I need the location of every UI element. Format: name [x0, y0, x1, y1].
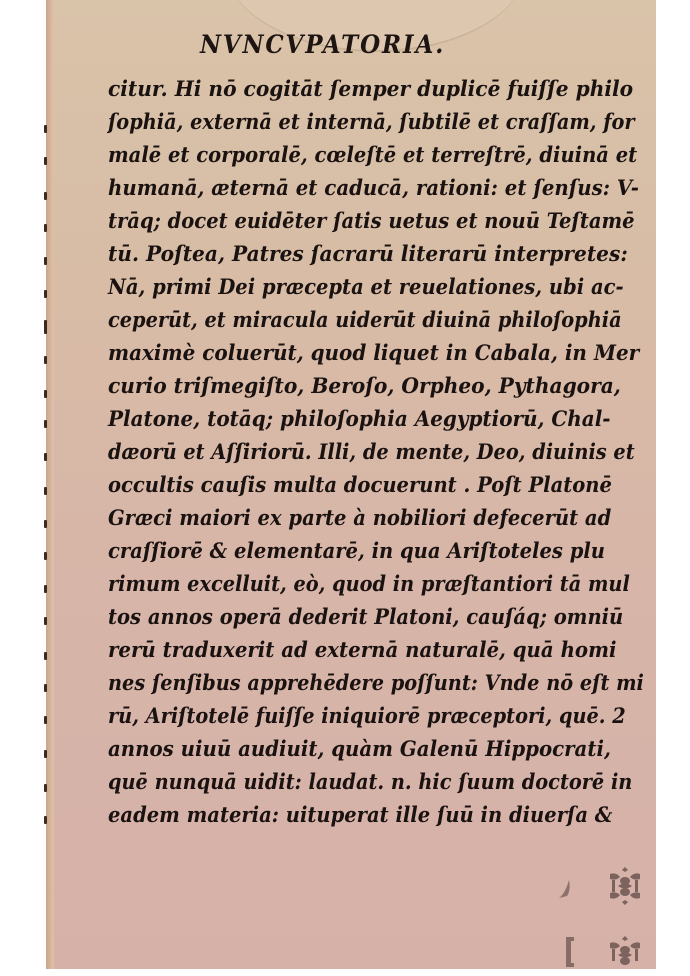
text-line: rimum excelluit, eò, quod in præſtantior… — [108, 567, 605, 600]
book-page: NVNCVPATORIA. citur. Hi nō cogitāt ſempe… — [46, 0, 656, 969]
text-line: occultis cauſis multa docuerunt . Poſt P… — [108, 468, 610, 501]
running-header-title: NVNCVPATORIA. — [200, 30, 445, 59]
partial-ornament-icon — [559, 880, 573, 898]
text-line: quē nunquā uidit: laudat. n. hic ſuum do… — [108, 765, 605, 798]
text-line: curio triſmegiſto, Beroſo, Orpheo, Pytha… — [108, 369, 626, 402]
text-line: humanā, æternā et caducā, rationi: et ſe… — [108, 171, 616, 204]
partial-ornament-icon — [564, 935, 578, 969]
text-line: maximè coluerūt, quod liquet in Cabala, … — [108, 336, 621, 369]
text-line: tos annos operā dederit Platoni, cauſáq;… — [108, 600, 610, 633]
text-line: ceperūt, et miracula uiderūt diuinā phil… — [108, 303, 605, 336]
text-line: Græci maiori ex parte à nobiliori defece… — [108, 501, 610, 534]
body-text: citur. Hi nō cogitāt ſemper duplicē fuiſ… — [108, 72, 648, 831]
text-line: craſſiorē & elementarē, in qua Ariſtotel… — [108, 534, 610, 567]
text-line: Platone, totāq; philoſophia Aegyptiorū, … — [108, 402, 621, 435]
text-line: rū, Ariſtotelē fuiſſe iniquiorē præcepto… — [108, 699, 605, 732]
text-line: annos uiuū audiuit, quàm Galenū Hippocra… — [108, 732, 616, 765]
text-line: dæorū et Aſſiriorū. Illi, de mente, Deo,… — [108, 435, 605, 468]
fleuron-ornament-icon — [606, 935, 644, 969]
text-line: citur. Hi nō cogitāt ſemper duplicē fuiſ… — [108, 72, 626, 105]
text-line: eadem materia: uituperat ille ſuū in diu… — [108, 798, 610, 831]
text-line: nes ſenſibus apprehēdere poſſunt: Vnde n… — [108, 666, 605, 699]
text-line: Nā, primi Dei præcepta et reuelationes, … — [108, 270, 610, 303]
text-line: ſophiā, externā et internā, ſubtilē et c… — [108, 105, 605, 138]
gutter-marks — [0, 0, 46, 969]
text-line: malē et corporalē, cœleſtē et terreſtrē,… — [108, 138, 610, 171]
fleuron-ornament-icon — [606, 866, 644, 906]
text-line: trāq; docet euidēter ſatis uetus et nouū… — [108, 204, 610, 237]
text-line: rerū traduxerit ad externā naturalē, quā… — [108, 633, 616, 666]
text-line: tū. Poſtea, Patres ſacrarū literarū inte… — [108, 237, 626, 270]
